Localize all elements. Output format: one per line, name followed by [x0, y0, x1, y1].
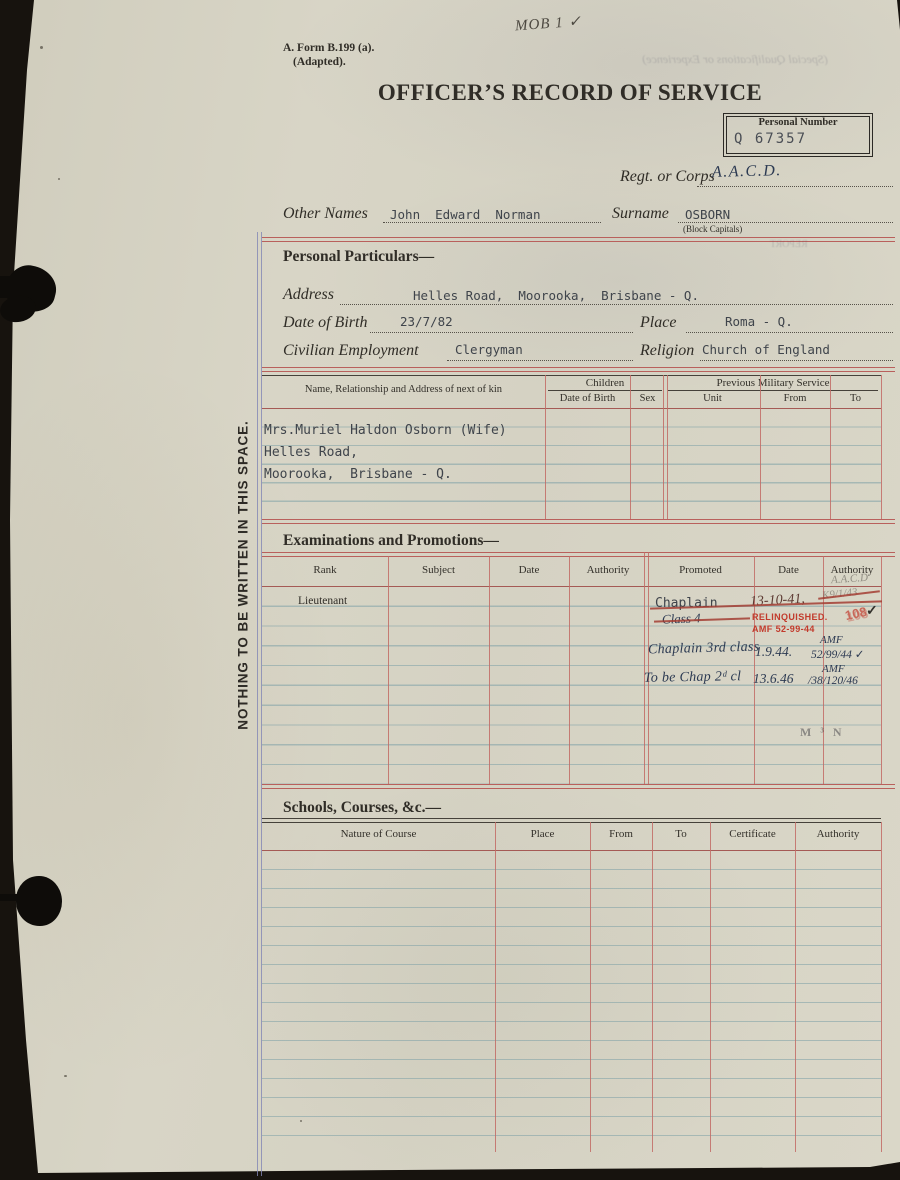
exams-authority-pencil: A.A.C.D [831, 572, 869, 587]
red-divider [262, 552, 895, 557]
other-names-value: John Edward Norman [390, 207, 541, 222]
schools-header-place: Place [495, 828, 590, 840]
dotted-line [678, 222, 893, 223]
dotted-line [370, 332, 633, 333]
exams-heading: Examinations and Promotions— [283, 532, 499, 550]
column-line [830, 375, 831, 520]
dotted-line [383, 222, 601, 223]
religion-value: Church of England [702, 342, 830, 357]
red-divider [262, 784, 895, 789]
kin-dob-header: Date of Birth [545, 393, 630, 404]
dotted-line [686, 332, 893, 333]
address-value: Helles Road, Moorooka, Brisbane - Q. [413, 288, 699, 303]
dotted-line [340, 304, 893, 305]
paper-speck [40, 46, 43, 49]
exams-row4-promoted: To be Chap 2ᵈ cl [644, 669, 742, 687]
schools-header-course: Nature of Course [262, 828, 495, 840]
page-title: OFFICER’S RECORD OF SERVICE [262, 80, 878, 106]
column-line [569, 556, 570, 785]
place-value: Roma - Q. [725, 314, 793, 329]
check-icon: ✓ [866, 603, 878, 620]
exams-row3-promoted: Chaplain 3rd class [648, 640, 760, 659]
column-line [881, 822, 882, 1152]
exams-row4-authority: /38/120/46 [808, 675, 858, 687]
header-underline [548, 390, 662, 391]
personal-number-value: Q 67357 [734, 131, 807, 147]
red-divider [262, 367, 895, 372]
paper-speck [58, 178, 60, 180]
particulars-heading: Personal Particulars— [283, 248, 434, 266]
column-line [590, 822, 591, 1152]
kin-from-header: From [760, 393, 830, 404]
column-line [795, 822, 796, 1152]
regt-value: A.A.C.D. [712, 162, 782, 182]
personal-number-label: Personal Number [724, 117, 872, 128]
dotted-line [697, 186, 893, 187]
exams-rank-value: Lieutenant [298, 595, 347, 607]
column-line [388, 556, 389, 785]
column-line [710, 822, 711, 1152]
bleed-through-text: (Special Qualifications or Experience) [585, 52, 885, 67]
schools-header-to: To [652, 828, 710, 840]
column-line [489, 556, 490, 785]
dotted-line [447, 360, 633, 361]
column-line [545, 375, 546, 520]
employment-label: Civilian Employment [283, 342, 419, 360]
schools-header-certificate: Certificate [710, 828, 795, 840]
bleed-through-text: REPORT [770, 239, 808, 250]
exams-header-promoted: Promoted [647, 564, 754, 576]
schools-header-authority: Authority [795, 828, 881, 840]
kin-line-1: Mrs.Muriel Haldon Osborn (Wife) [264, 423, 507, 438]
column-line [881, 556, 882, 785]
kin-line-2: Helles Road, [264, 445, 358, 460]
exams-row3-authority: 52/99/44 ✓ [811, 647, 864, 661]
table-top-line [262, 818, 881, 823]
form-code-line1: A. Form B.199 (a). [283, 42, 374, 54]
dob-label: Date of Birth [283, 314, 367, 332]
column-line [881, 375, 882, 520]
header-underline [668, 390, 878, 391]
regt-label: Regt. or Corps [620, 168, 715, 186]
surname-value: OSBORN [685, 207, 730, 222]
surname-note: (Block Capitals) [683, 224, 742, 234]
surname-label: Surname [612, 205, 669, 223]
schools-heading: Schools, Courses, &c.— [283, 799, 441, 817]
column-line [495, 822, 496, 1152]
exams-row3-date: 1.9.44. [755, 644, 792, 660]
kin-line-3: Moorooka, Brisbane - Q. [264, 467, 452, 482]
other-names-label: Other Names [283, 205, 368, 223]
place-label: Place [640, 314, 676, 332]
red-divider [262, 519, 895, 524]
paper-speck [64, 1075, 67, 1077]
exams-header-authority: Authority [569, 564, 647, 576]
faint-ink-mark: M ³ N [800, 725, 845, 740]
kin-unit-header: Unit [665, 393, 760, 404]
exams-header-date2: Date [754, 564, 823, 576]
kin-name-header: Name, Relationship and Address of next o… [262, 384, 545, 395]
column-line [663, 375, 668, 520]
column-line [630, 375, 631, 520]
personal-number-box: Personal Number Q 67357 [723, 113, 873, 157]
exams-relinquished-stamp: RELINQUISHED. [752, 612, 828, 622]
form-code-line2: (Adapted). [293, 56, 346, 68]
table-top-line [262, 375, 881, 376]
ruled-lines [262, 851, 881, 1152]
kin-to-header: To [830, 393, 881, 404]
exams-header-subject: Subject [388, 564, 489, 576]
exams-row4-date: 13.6.46 [753, 671, 794, 687]
address-label: Address [283, 286, 334, 304]
schools-header-from: From [590, 828, 652, 840]
column-line [652, 822, 653, 1152]
column-line [760, 375, 761, 520]
employment-value: Clergyman [455, 342, 523, 357]
kin-children-header: Children [545, 377, 665, 389]
margin-instruction: NOTHING TO BE WRITTEN IN THIS SPACE. [236, 420, 251, 729]
religion-label: Religion [640, 342, 694, 360]
exams-row4-authority-prefix: AMF [822, 663, 845, 675]
exams-relinquished-ref: AMF 52-99-44 [752, 624, 815, 634]
kin-sex-header: Sex [630, 393, 665, 404]
exams-header-rank: Rank [262, 564, 388, 576]
exams-date-struck: 13-10-41, [750, 592, 806, 611]
kin-pms-header: Previous Military Service [665, 377, 881, 389]
margin-rule-line [257, 232, 262, 1176]
dob-value: 23/7/82 [400, 314, 453, 329]
dotted-line [700, 360, 893, 361]
exams-row3-authority-prefix: AMF [820, 634, 843, 646]
column-line [644, 552, 649, 785]
exams-header-date: Date [489, 564, 569, 576]
